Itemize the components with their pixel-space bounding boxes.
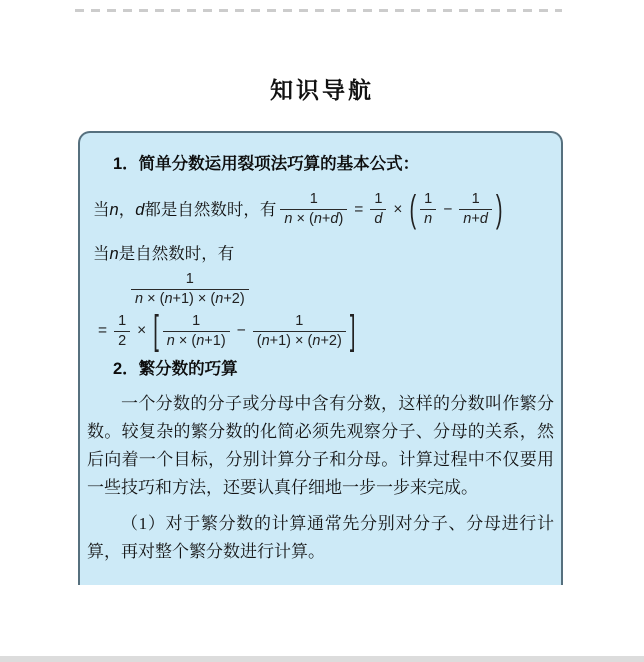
fraction-a-denominator: n × (n+d) bbox=[280, 209, 347, 228]
fraction-half-denominator: 2 bbox=[114, 331, 130, 350]
right-bracket: ] bbox=[350, 309, 356, 354]
fraction-e-numerator: 1 bbox=[188, 313, 204, 331]
fraction-f: 1 (n+1) × (n+2) bbox=[253, 313, 346, 351]
formula-line-3: = 1 2 × [ 1 n × (n+1) − 1 (n+1) × (n+2) … bbox=[93, 313, 554, 351]
knowledge-box: 1．简单分数运用裂项法巧算的基本公式： 当n，d都是自然数时，有 1 n × (… bbox=[78, 131, 563, 585]
fraction-c-denominator: n bbox=[420, 209, 436, 228]
paragraph-method-1: （1）对于繁分数的计算通常先分别对分子、分母进行计算，再对整个繁分数进行计算。 bbox=[87, 510, 554, 566]
section-2-heading: 2．繁分数的巧算 bbox=[113, 358, 554, 380]
display-fraction: 1 n × (n+1) × (n+2) bbox=[131, 271, 249, 309]
formula-2-intro-text: 当n是自然数时，有 bbox=[93, 243, 234, 265]
fraction-half: 1 2 bbox=[114, 313, 130, 351]
fraction-f-denominator: (n+1) × (n+2) bbox=[253, 331, 346, 350]
fraction-c: 1 n bbox=[420, 191, 436, 229]
fraction-half-numerator: 1 bbox=[114, 313, 130, 331]
left-paren: ( bbox=[409, 189, 416, 231]
equals-sign-2: = bbox=[98, 320, 107, 342]
display-fraction-numerator: 1 bbox=[182, 271, 198, 289]
fraction-d-numerator: 1 bbox=[468, 191, 484, 209]
fraction-d-denominator: n+d bbox=[459, 209, 492, 228]
formula-line-2-intro: 当n是自然数时，有 bbox=[93, 243, 554, 265]
fraction-c-numerator: 1 bbox=[420, 191, 436, 209]
equals-sign: = bbox=[354, 199, 363, 221]
left-bracket: [ bbox=[153, 309, 159, 354]
right-paren: ) bbox=[496, 189, 503, 231]
section-1-heading: 1．简单分数运用裂项法巧算的基本公式： bbox=[113, 153, 554, 175]
fraction-e-denominator: n × (n+1) bbox=[163, 331, 230, 350]
fraction-a-numerator: 1 bbox=[306, 191, 322, 209]
fraction-b-denominator: d bbox=[370, 209, 386, 228]
minus-sign: − bbox=[443, 199, 452, 221]
fraction-d: 1 n+d bbox=[459, 191, 492, 229]
times-sign: × bbox=[393, 199, 402, 221]
fraction-e: 1 n × (n+1) bbox=[163, 313, 230, 351]
formula-1-intro-text: 当n，d都是自然数时，有 bbox=[93, 199, 276, 221]
display-fraction-denominator: n × (n+1) × (n+2) bbox=[131, 289, 249, 308]
formula-line-1: 当n，d都是自然数时，有 1 n × (n+d) = 1 d × ( 1 n −… bbox=[93, 191, 554, 229]
fraction-b: 1 d bbox=[370, 191, 386, 229]
fraction-f-numerator: 1 bbox=[291, 313, 307, 331]
fraction-a: 1 n × (n+d) bbox=[280, 191, 347, 229]
paragraph-complex-fractions: 一个分数的分子或分母中含有分数，这样的分数叫作繁分数。较复杂的繁分数的化简必须先… bbox=[87, 390, 554, 502]
fraction-b-numerator: 1 bbox=[370, 191, 386, 209]
page-title: 知识导航 bbox=[0, 72, 644, 105]
minus-sign-2: − bbox=[237, 320, 246, 342]
top-dashed-divider bbox=[75, 9, 562, 12]
times-sign-2: × bbox=[137, 320, 146, 342]
display-fraction-line: 1 n × (n+1) × (n+2) bbox=[129, 271, 554, 309]
bottom-page-edge bbox=[0, 656, 644, 662]
